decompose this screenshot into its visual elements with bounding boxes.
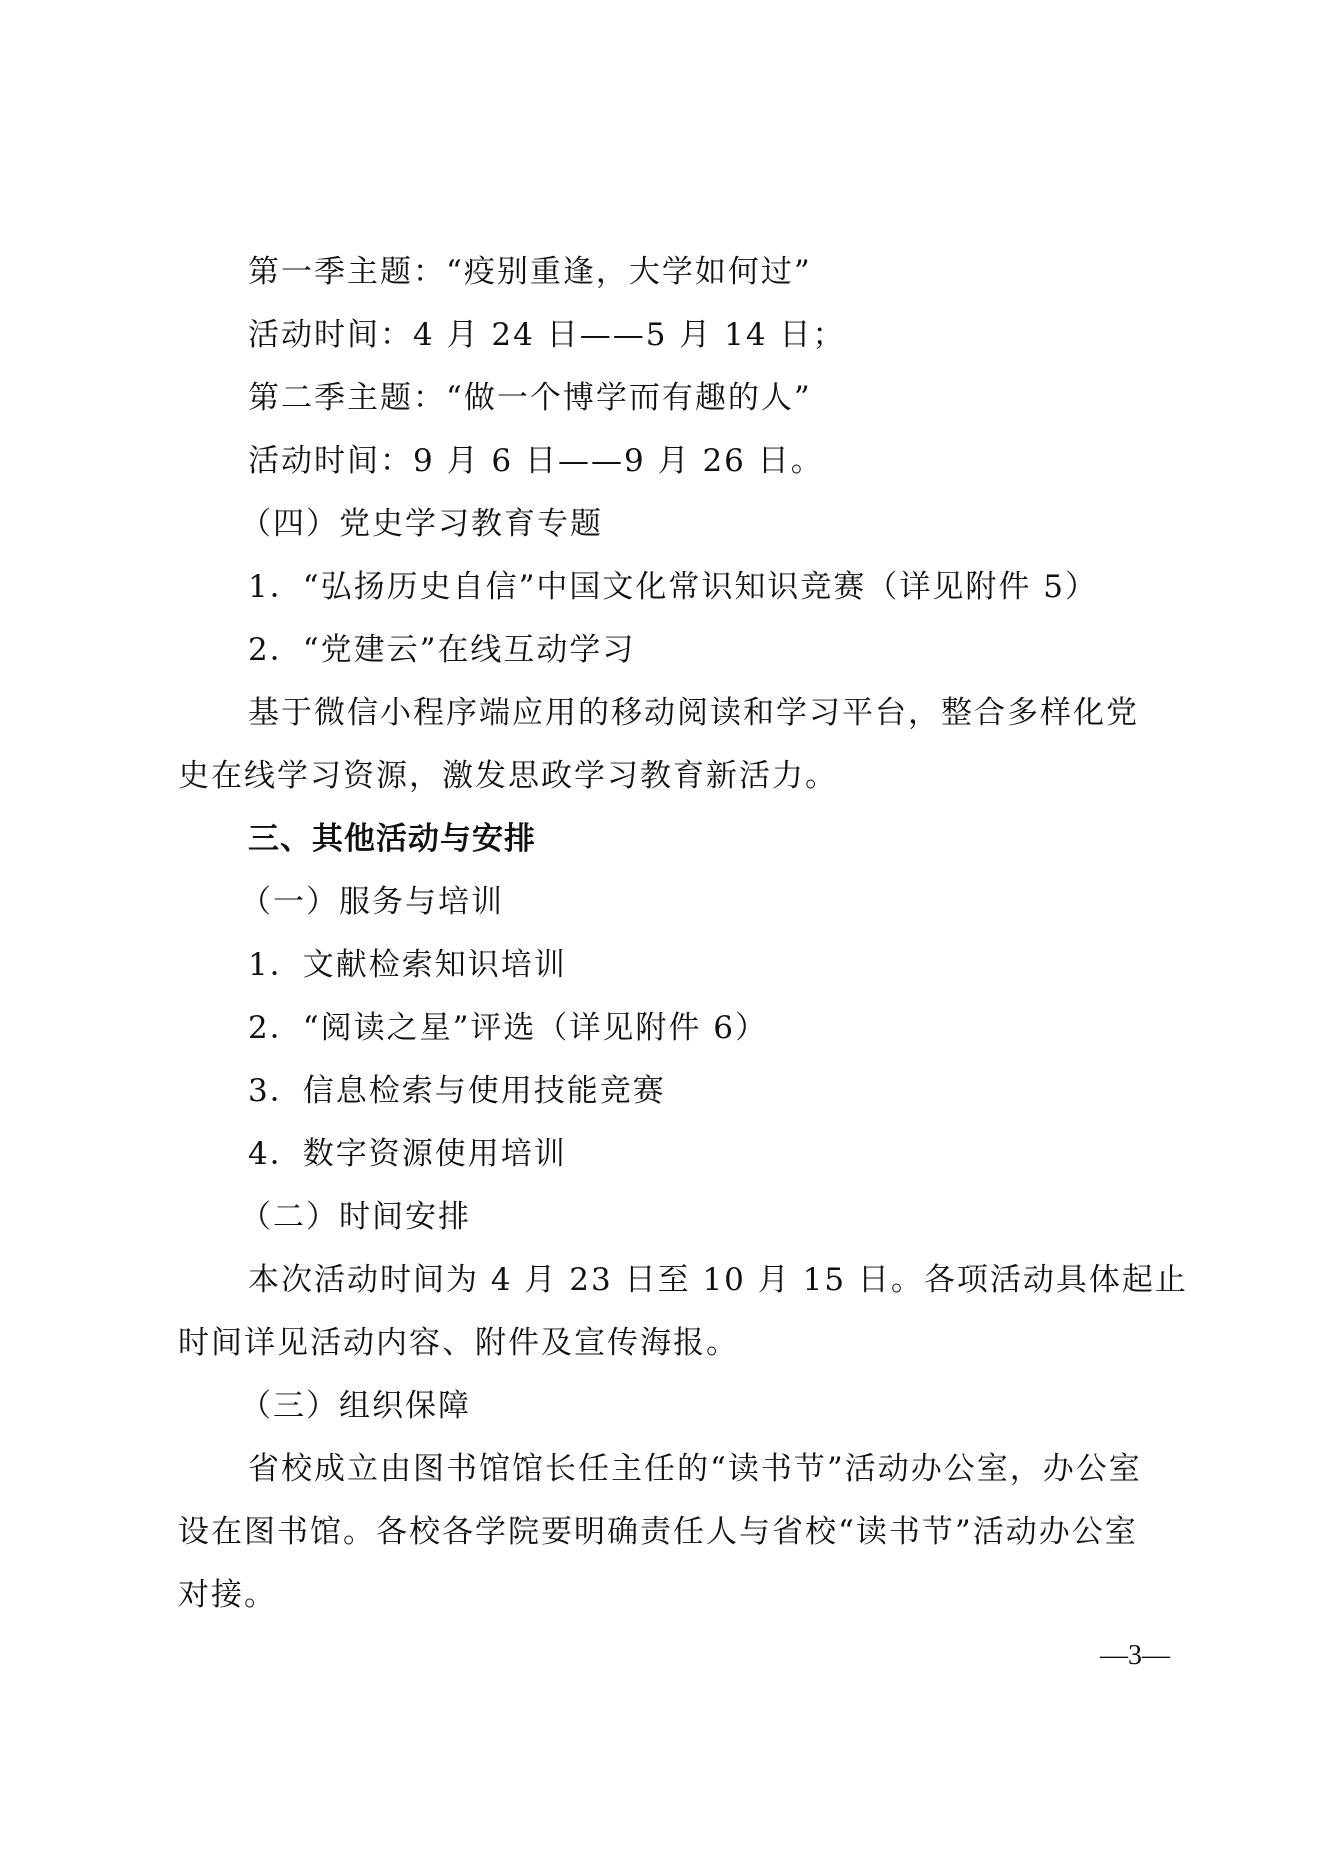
- paragraph-organization-line1: 省校成立由图书馆馆长任主任的“读书节”活动办公室，办公室: [248, 1449, 1142, 1489]
- list-item-competition: 1．“弘扬历史自信”中国文化常识知识竞赛（详见附件 5）: [248, 567, 1098, 607]
- list-item-digital-resources: 4．数字资源使用培训: [248, 1134, 567, 1174]
- season-one-theme: 第一季主题：“疫别重逢，大学如何过”: [248, 252, 812, 292]
- paragraph-schedule-line2: 时间详见活动内容、附件及宣传海报。: [178, 1323, 739, 1363]
- paragraph-organization-line3: 对接。: [178, 1575, 277, 1615]
- list-item-literature-retrieval: 1．文献检索知识培训: [248, 945, 567, 985]
- list-item-party-cloud: 2．“党建云”在线互动学习: [248, 630, 635, 670]
- document-page: 第一季主题：“疫别重逢，大学如何过” 活动时间：4 月 24 日——5 月 14…: [0, 0, 1323, 1871]
- page-number: —3—: [1100, 1638, 1170, 1674]
- season-one-dates: 活动时间：4 月 24 日——5 月 14 日；: [248, 315, 845, 355]
- season-two-theme: 第二季主题：“做一个博学而有趣的人”: [248, 378, 812, 418]
- section-heading-service-training: （一）服务与培训: [240, 882, 504, 922]
- section-heading-schedule: （二）时间安排: [240, 1197, 471, 1237]
- paragraph-wechat-platform-line2: 史在线学习资源，激发思政学习教育新活力。: [178, 756, 838, 796]
- list-item-info-retrieval-contest: 3．信息检索与使用技能竞赛: [248, 1071, 666, 1111]
- paragraph-organization-line2: 设在图书馆。各校各学院要明确责任人与省校“读书节”活动办公室: [178, 1512, 1138, 1552]
- chapter-heading-other-activities: 三、其他活动与安排: [248, 819, 536, 859]
- section-heading-organization: （三）组织保障: [240, 1386, 471, 1426]
- section-heading-party-history: （四）党史学习教育专题: [240, 504, 603, 544]
- paragraph-wechat-platform-line1: 基于微信小程序端应用的移动阅读和学习平台，整合多样化党: [248, 693, 1139, 733]
- season-two-dates: 活动时间：9 月 6 日——9 月 26 日。: [248, 441, 824, 481]
- paragraph-schedule-line1: 本次活动时间为 4 月 23 日至 10 月 15 日。各项活动具体起止: [248, 1260, 1188, 1300]
- list-item-reading-star: 2．“阅读之星”评选（详见附件 6）: [248, 1008, 768, 1048]
